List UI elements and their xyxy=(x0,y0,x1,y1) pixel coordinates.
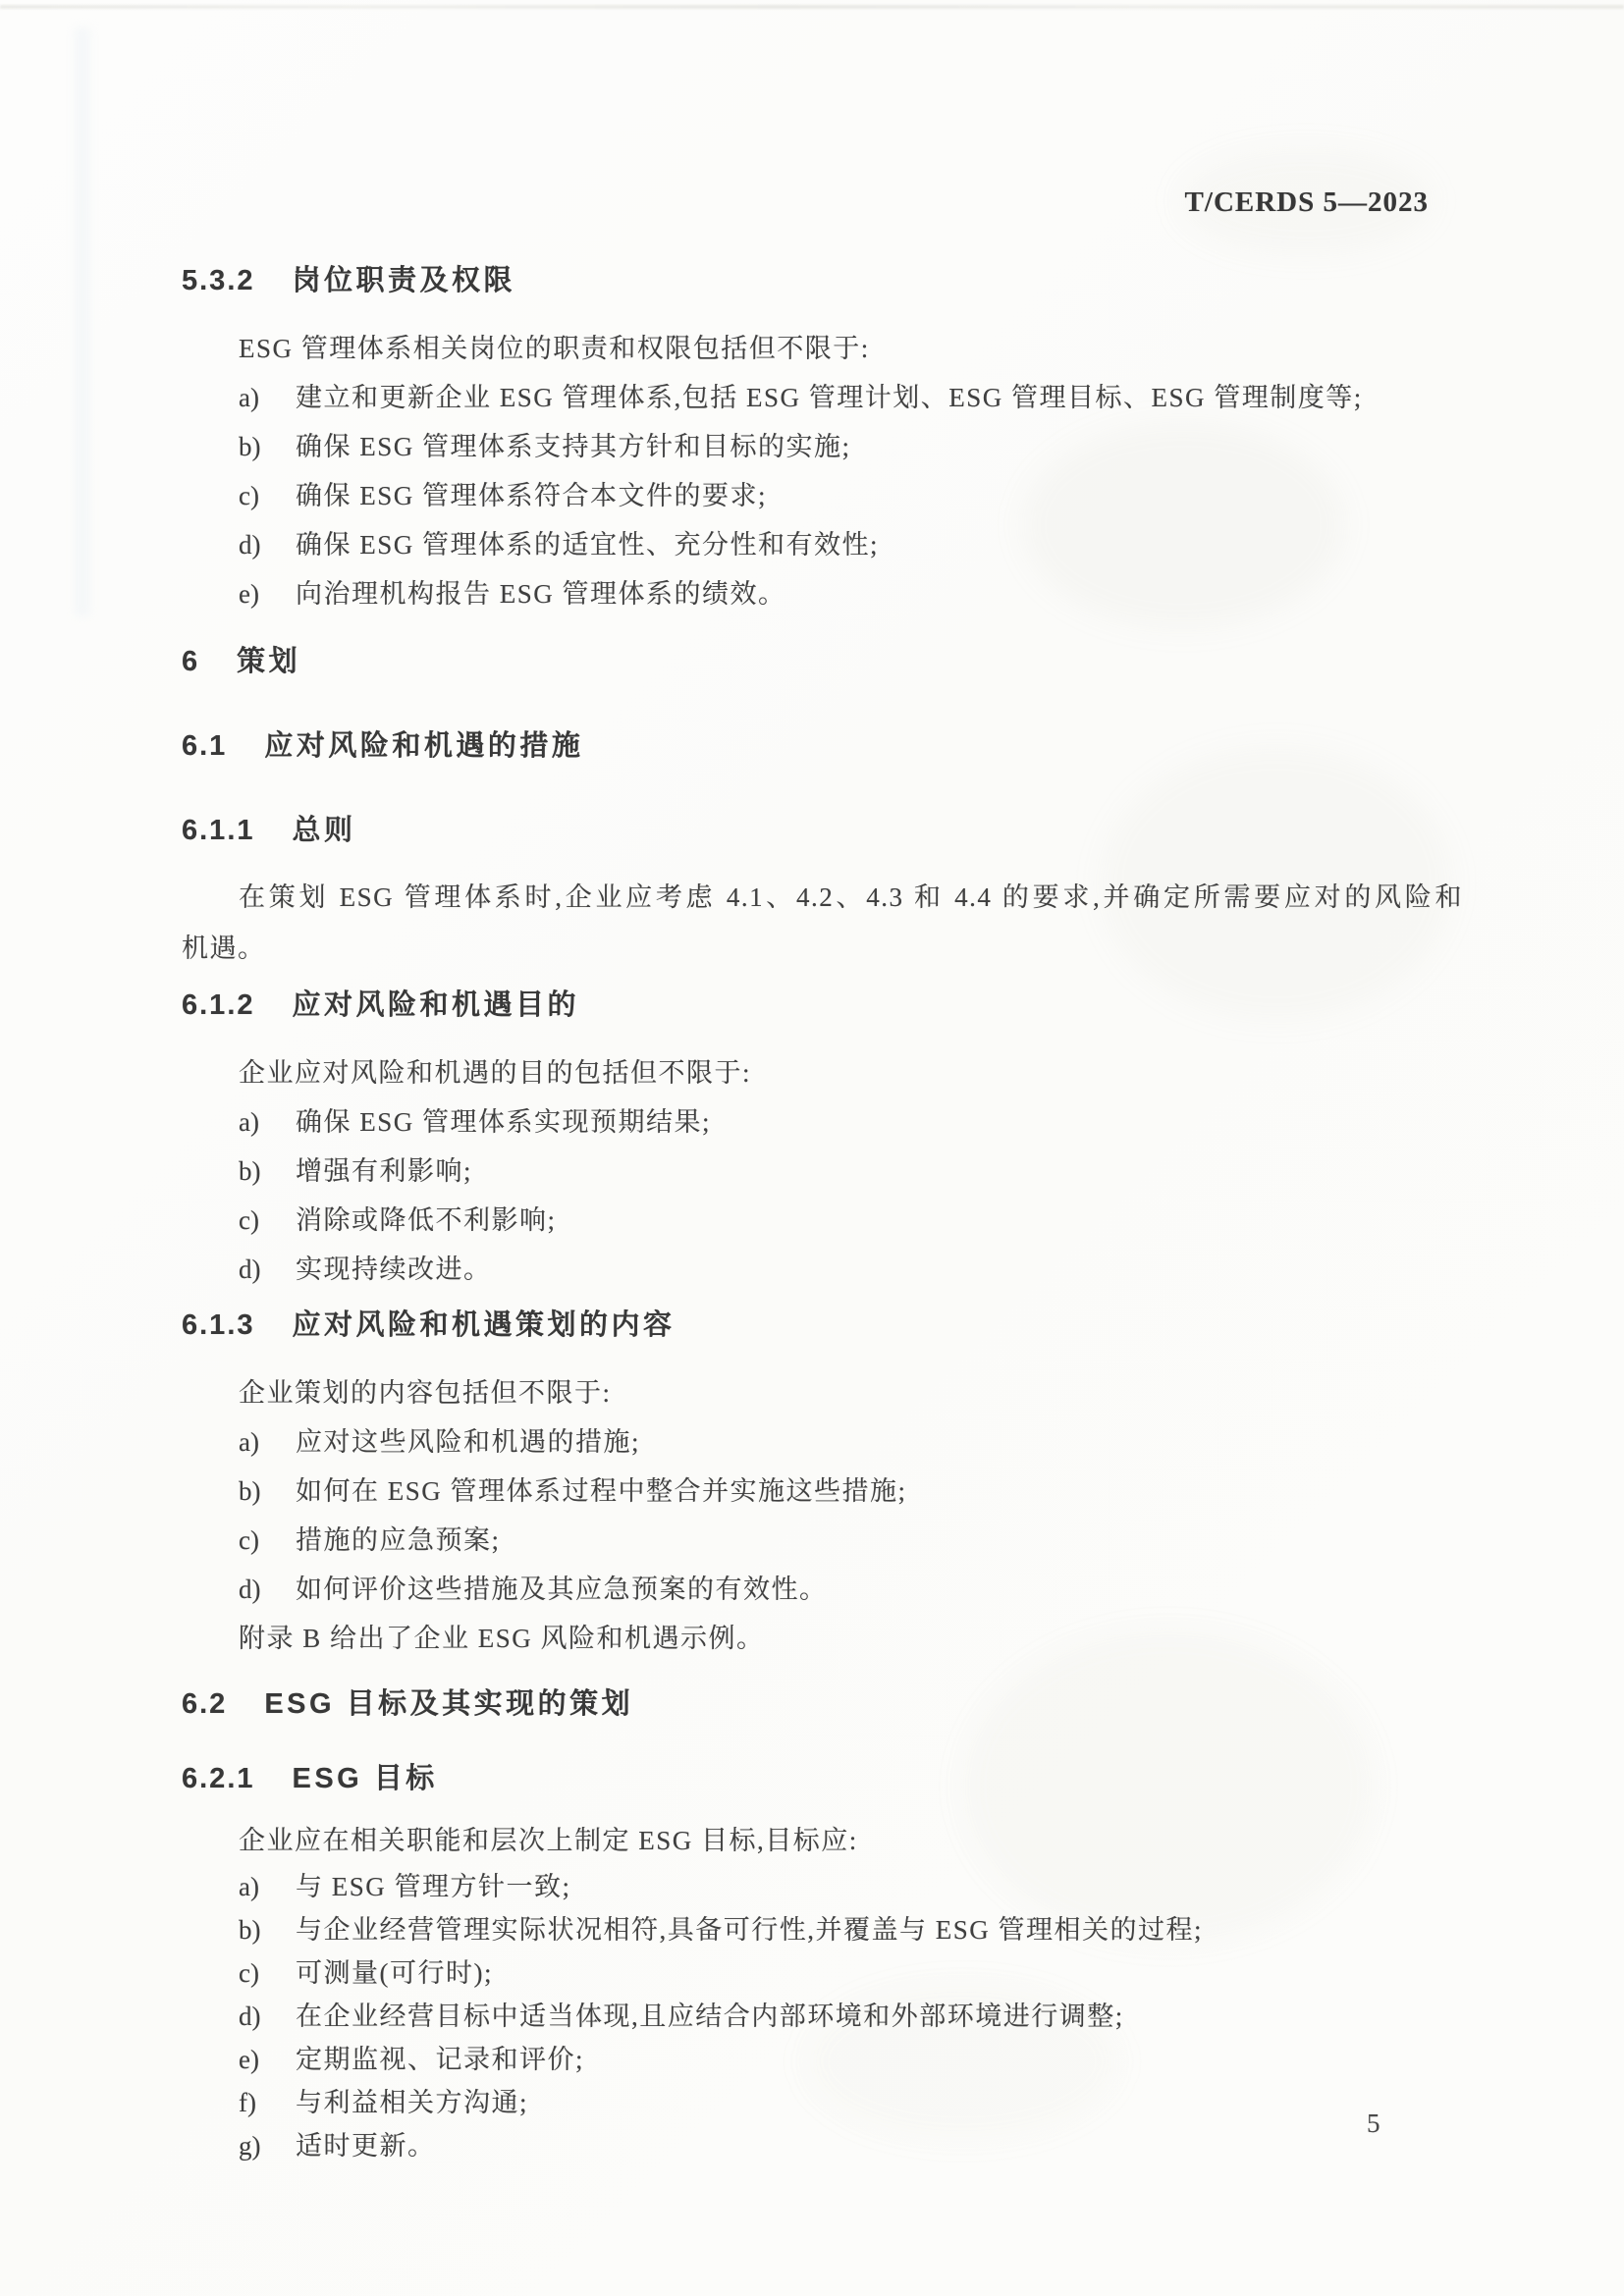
paragraph-5-3-2-intro: ESG 管理体系相关岗位的职责和权限包括但不限于: xyxy=(182,324,1463,373)
list-item: b)如何在 ESG 管理体系过程中整合并实施这些措施; xyxy=(239,1467,1463,1516)
list-item-label: d) xyxy=(239,1565,296,1614)
list-item-text: 措施的应急预案; xyxy=(296,1525,501,1555)
list-item-label: c) xyxy=(239,1516,296,1565)
list-item-text: 消除或降低不利影响; xyxy=(296,1205,557,1235)
list-item: f)与利益相关方沟通; xyxy=(239,2081,1463,2124)
section-title: 总则 xyxy=(293,815,356,846)
list-item: c)消除或降低不利影响; xyxy=(239,1196,1463,1245)
list-item-label: e) xyxy=(239,569,296,618)
section-number: 6.2.1 xyxy=(182,1763,255,1794)
list-item-label: b) xyxy=(239,1467,296,1516)
section-title: ESG 目标 xyxy=(293,1763,438,1794)
list-item: d)在企业经营目标中适当体现,且应结合内部环境和外部环境进行调整; xyxy=(239,1995,1463,2038)
list-item-text: 确保 ESG 管理体系支持其方针和目标的实施; xyxy=(296,432,851,461)
list-item-label: d) xyxy=(239,1245,296,1294)
list-item: b)与企业经营管理实际状况相符,具备可行性,并覆盖与 ESG 管理相关的过程; xyxy=(239,1908,1463,1951)
list-item-text: 适时更新。 xyxy=(296,2131,436,2161)
list-item-text: 如何在 ESG 管理体系过程中整合并实施这些措施; xyxy=(296,1476,907,1506)
section-number: 6.2 xyxy=(182,1688,227,1720)
page-content: 5.3.2岗位职责及权限 ESG 管理体系相关岗位的职责和权限包括但不限于: a… xyxy=(182,0,1463,2167)
paragraph-6-1-1-line: 机遇。 xyxy=(182,923,1463,974)
list-item-text: 建立和更新企业 ESG 管理体系,包括 ESG 管理计划、ESG 管理目标、ES… xyxy=(296,383,1363,412)
list-item: b)增强有利影响; xyxy=(239,1147,1463,1196)
list-item-text: 应对这些风险和机遇的措施; xyxy=(296,1427,640,1457)
list-item-text: 确保 ESG 管理体系的适宜性、充分性和有效性; xyxy=(296,530,879,560)
list-item-label: g) xyxy=(239,2124,296,2167)
section-number: 6.1.1 xyxy=(182,815,255,846)
list-item: a)应对这些风险和机遇的措施; xyxy=(239,1417,1463,1467)
section-number: 6.1.2 xyxy=(182,989,255,1021)
list-item: d)如何评价这些措施及其应急预案的有效性。 xyxy=(239,1565,1463,1614)
list-item-text: 可测量(可行时); xyxy=(296,1958,493,1988)
list-item: d)确保 ESG 管理体系的适宜性、充分性和有效性; xyxy=(239,520,1463,569)
section-title: ESG 目标及其实现的策划 xyxy=(264,1688,633,1720)
paragraph-6-2-1-intro: 企业应在相关职能和层次上制定 ESG 目标,目标应: xyxy=(182,1816,1463,1865)
section-number: 5.3.2 xyxy=(182,265,255,296)
list-item-text: 增强有利影响; xyxy=(296,1156,472,1186)
list-6-2-1: a)与 ESG 管理方针一致; b)与企业经营管理实际状况相符,具备可行性,并覆… xyxy=(182,1865,1463,2167)
paragraph-appendix-note: 附录 B 给出了企业 ESG 风险和机遇示例。 xyxy=(182,1614,1463,1663)
list-6-1-2: a)确保 ESG 管理体系实现预期结果; b)增强有利影响; c)消除或降低不利… xyxy=(182,1097,1463,1294)
list-item-label: a) xyxy=(239,1865,296,1908)
list-item-text: 如何评价这些措施及其应急预案的有效性。 xyxy=(296,1575,828,1604)
list-item: d)实现持续改进。 xyxy=(239,1245,1463,1294)
section-heading-6-1: 6.1应对风险和机遇的措施 xyxy=(182,728,1463,764)
list-item-label: f) xyxy=(239,2081,296,2124)
list-item-text: 与企业经营管理实际状况相符,具备可行性,并覆盖与 ESG 管理相关的过程; xyxy=(296,1915,1203,1945)
section-number: 6 xyxy=(182,646,199,677)
document-page: T/CERDS 5—2023 5.3.2岗位职责及权限 ESG 管理体系相关岗位… xyxy=(0,0,1624,2296)
list-item-label: b) xyxy=(239,1908,296,1951)
section-heading-6-2: 6.2ESG 目标及其实现的策划 xyxy=(182,1686,1463,1722)
section-heading-6-1-2: 6.1.2应对风险和机遇目的 xyxy=(182,988,1463,1023)
paragraph-6-1-2-intro: 企业应对风险和机遇的目的包括但不限于: xyxy=(182,1048,1463,1097)
section-title: 策划 xyxy=(237,646,300,677)
section-heading-5-3-2: 5.3.2岗位职责及权限 xyxy=(182,263,1463,298)
paragraph-6-1-1-line: 在策划 ESG 管理体系时,企业应考虑 4.1、4.2、4.3 和 4.4 的要… xyxy=(182,872,1463,923)
list-item: g)适时更新。 xyxy=(239,2124,1463,2167)
list-item-label: d) xyxy=(239,520,296,569)
list-item: c)可测量(可行时); xyxy=(239,1951,1463,1995)
paragraph-6-1-3-intro: 企业策划的内容包括但不限于: xyxy=(182,1368,1463,1417)
list-5-3-2: a)建立和更新企业 ESG 管理体系,包括 ESG 管理计划、ESG 管理目标、… xyxy=(182,373,1463,618)
section-title: 应对风险和机遇策划的内容 xyxy=(293,1309,676,1341)
section-heading-6-2-1: 6.2.1ESG 目标 xyxy=(182,1761,1463,1796)
list-item-text: 与 ESG 管理方针一致; xyxy=(296,1872,571,1901)
section-title: 岗位职责及权限 xyxy=(293,265,516,296)
list-6-1-3: a)应对这些风险和机遇的措施; b)如何在 ESG 管理体系过程中整合并实施这些… xyxy=(182,1417,1463,1614)
list-item-text: 确保 ESG 管理体系实现预期结果; xyxy=(296,1107,711,1137)
list-item-text: 与利益相关方沟通; xyxy=(296,2088,528,2117)
list-item: c)确保 ESG 管理体系符合本文件的要求; xyxy=(239,471,1463,520)
section-title: 应对风险和机遇目的 xyxy=(293,989,580,1021)
list-item: a)建立和更新企业 ESG 管理体系,包括 ESG 管理计划、ESG 管理目标、… xyxy=(239,373,1463,422)
list-item: e)向治理机构报告 ESG 管理体系的绩效。 xyxy=(239,569,1463,618)
page-number: 5 xyxy=(1367,2109,1380,2139)
list-item-label: c) xyxy=(239,1196,296,1245)
list-item-label: a) xyxy=(239,1417,296,1467)
list-item-label: b) xyxy=(239,422,296,471)
list-item: a)与 ESG 管理方针一致; xyxy=(239,1865,1463,1908)
list-item-label: a) xyxy=(239,1097,296,1147)
list-item-label: c) xyxy=(239,1951,296,1995)
section-heading-6: 6策划 xyxy=(182,644,1463,679)
section-title: 应对风险和机遇的措施 xyxy=(264,730,583,762)
list-item-label: a) xyxy=(239,373,296,422)
list-item: a)确保 ESG 管理体系实现预期结果; xyxy=(239,1097,1463,1147)
list-item-text: 确保 ESG 管理体系符合本文件的要求; xyxy=(296,481,767,510)
list-item-label: d) xyxy=(239,1995,296,2038)
list-item-text: 在企业经营目标中适当体现,且应结合内部环境和外部环境进行调整; xyxy=(296,2002,1124,2031)
section-number: 6.1 xyxy=(182,730,227,762)
list-item-label: e) xyxy=(239,2038,296,2081)
section-heading-6-1-1: 6.1.1总则 xyxy=(182,813,1463,848)
section-heading-6-1-3: 6.1.3应对风险和机遇策划的内容 xyxy=(182,1308,1463,1343)
scan-streak xyxy=(75,27,90,616)
list-item-text: 实现持续改进。 xyxy=(296,1255,492,1284)
list-item-label: b) xyxy=(239,1147,296,1196)
section-number: 6.1.3 xyxy=(182,1309,255,1341)
list-item-text: 向治理机构报告 ESG 管理体系的绩效。 xyxy=(296,579,786,609)
list-item: e)定期监视、记录和评价; xyxy=(239,2038,1463,2081)
list-item: b)确保 ESG 管理体系支持其方针和目标的实施; xyxy=(239,422,1463,471)
list-item-text: 定期监视、记录和评价; xyxy=(296,2045,584,2074)
list-item: c)措施的应急预案; xyxy=(239,1516,1463,1565)
list-item-label: c) xyxy=(239,471,296,520)
